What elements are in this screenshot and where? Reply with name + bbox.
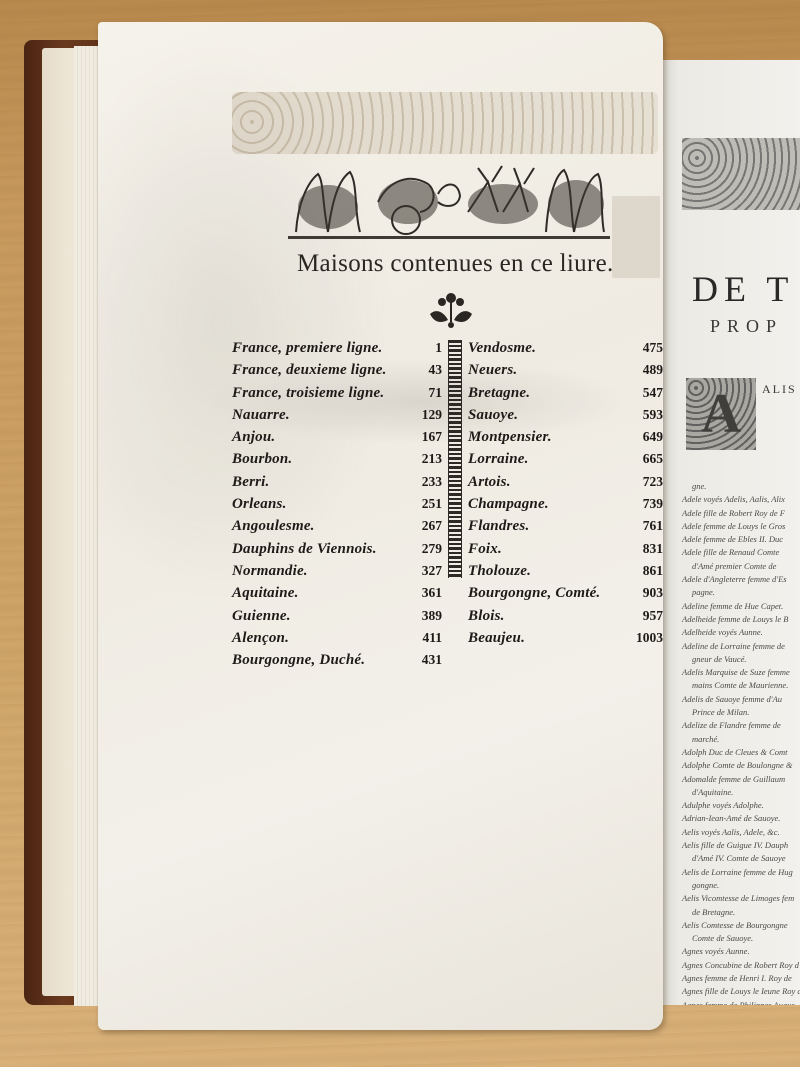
index-entry: Adelize de Flandre femme de [682, 719, 800, 732]
page-number: 431 [422, 652, 442, 668]
page-number: 489 [643, 362, 663, 378]
page-number: 957 [643, 608, 663, 624]
toc-entry: Artois.723 [468, 474, 663, 496]
page-number: 389 [422, 608, 442, 624]
toc-entry: Champagne.739 [468, 496, 663, 518]
index-entry: gneur de Vaucé. [682, 653, 800, 666]
index-entry: gne. [682, 480, 800, 493]
house-name: Berri. [232, 474, 269, 491]
toc-entry: Bretagne.547 [468, 385, 663, 407]
house-name: Flandres. [468, 518, 529, 535]
index-entry: Adele fille de Renaud Comte [682, 546, 800, 559]
right-page-subtitle: PROP [710, 316, 783, 337]
index-entry: Aelis Vicomtesse de Limoges fem [682, 892, 800, 905]
house-name: Sauoye. [468, 407, 518, 424]
house-name: France, troisieme ligne. [232, 385, 384, 402]
index-entry: d'Amé premier Comte de [682, 560, 800, 573]
index-entry: Aelis Comtesse de Bourgongne [682, 919, 800, 932]
page-number: 649 [643, 429, 663, 445]
page-number: 1003 [636, 630, 663, 646]
house-name: Bretagne. [468, 385, 530, 402]
page-number: 361 [422, 585, 442, 601]
index-list: gne.Adele voyés Adelis, Aalis, AlixAdele… [682, 480, 800, 1005]
index-entry: Adele fille de Robert Roy de F [682, 507, 800, 520]
house-name: Orleans. [232, 496, 287, 513]
index-entry: Adulphe voyés Adolphe. [682, 799, 800, 812]
toc-entry: Foix.831 [468, 541, 663, 563]
house-name: Guienne. [232, 608, 291, 625]
index-entry: Adele voyés Adelis, Aalis, Alix [682, 493, 800, 506]
toc-entry: Sauoye.593 [468, 407, 663, 429]
page-number: 475 [643, 340, 663, 356]
index-entry: Aelis fille de Guigue IV. Dauph [682, 839, 800, 852]
index-entry: Adele femme de Ebles II. Duc [682, 533, 800, 546]
first-line: ALIS [762, 382, 797, 397]
toc-entry: Normandie.327 [232, 563, 442, 585]
page-number: 547 [643, 385, 663, 401]
toc-entry: Bourgongne, Comté.903 [468, 585, 663, 607]
index-entry: Agnes Concubine de Robert Roy d [682, 959, 800, 972]
index-entry: Agnes voyés Aunne. [682, 945, 800, 958]
house-name: Montpensier. [468, 429, 552, 446]
toc-entry: Vendosme.475 [468, 340, 663, 362]
toc-entry: Bourgongne, Duché.431 [232, 652, 442, 674]
chain-border-divider [448, 340, 462, 578]
page-number: 71 [429, 385, 443, 401]
fleuron-icon [426, 290, 476, 330]
index-entry: Adomalde femme de Guillaum [682, 773, 800, 786]
toc-entry: Tholouze.861 [468, 563, 663, 585]
toc-entry: Nauarre.129 [232, 407, 442, 429]
house-name: Foix. [468, 541, 502, 558]
toc-entry: Anjou.167 [232, 429, 442, 451]
toc-entry: Alençon.411 [232, 630, 442, 652]
page-number: 43 [429, 362, 443, 378]
toc-entry: Bourbon.213 [232, 451, 442, 473]
house-name: Champagne. [468, 496, 549, 513]
headpiece-ornament [682, 138, 800, 210]
house-name: France, premiere ligne. [232, 340, 382, 357]
index-entry: marché. [682, 733, 800, 746]
page-number: 279 [422, 541, 442, 557]
index-entry: Adele d'Angleterre femme d'Es [682, 573, 800, 586]
toc-entry: Aquitaine.361 [232, 585, 442, 607]
house-name: Anjou. [232, 429, 275, 446]
page-number: 831 [643, 541, 663, 557]
index-entry: Aelis de Lorraine femme de Hug [682, 866, 800, 879]
index-entry: Aelis voyés Aalis, Adele, &c. [682, 826, 800, 839]
index-entry: Agnes femme de Philippes Augus [682, 999, 800, 1005]
house-name: Beaujeu. [468, 630, 525, 647]
decorated-initial: A [686, 378, 756, 450]
index-entry: Adelis Marquise de Suze femme [682, 666, 800, 679]
house-name: Blois. [468, 608, 505, 625]
index-entry: Adolphe Comte de Boulongne & [682, 759, 800, 772]
toc-entry: Blois.957 [468, 608, 663, 630]
house-name: Neuers. [468, 362, 517, 379]
toc-entry: Montpensier.649 [468, 429, 663, 451]
toc-entry: France, premiere ligne.1 [232, 340, 442, 362]
page-title: Maisons contenues en ce liure. [297, 250, 617, 278]
index-entry: Adeline de Lorraine femme de [682, 640, 800, 653]
toc-entry: Dauphins de Viennois.279 [232, 541, 442, 563]
page-number: 593 [643, 407, 663, 423]
house-name: Angoulesme. [232, 518, 315, 535]
house-name: France, deuxieme ligne. [232, 362, 387, 379]
page-number: 213 [422, 451, 442, 467]
index-entry: de Bretagne. [682, 906, 800, 919]
toc-column-left: France, premiere ligne.1France, deuxieme… [232, 340, 442, 674]
house-name: Tholouze. [468, 563, 531, 580]
page-number: 251 [422, 496, 442, 512]
index-entry: mains Comte de Maurienne. [682, 679, 800, 692]
toc-entry: Lorraine.665 [468, 451, 663, 473]
initial-letter: A [701, 382, 741, 446]
toc-entry: Neuers.489 [468, 362, 663, 384]
index-entry: Adrian-Iean-Amé de Sauoye. [682, 812, 800, 825]
house-name: Bourgongne, Duché. [232, 652, 365, 669]
house-name: Aquitaine. [232, 585, 299, 602]
index-entry: Agnes fille de Louys le Ieune Roy de [682, 985, 800, 998]
house-name: Nauarre. [232, 407, 290, 424]
right-page-title: DE T [692, 268, 794, 310]
index-entry: Adolph Duc de Cleues & Comt [682, 746, 800, 759]
page-number: 1 [435, 340, 442, 356]
house-name: Bourgongne, Comté. [468, 585, 600, 602]
house-name: Lorraine. [468, 451, 529, 468]
page-number: 665 [643, 451, 663, 467]
page-number: 723 [643, 474, 663, 490]
show-through-ornament [232, 92, 658, 154]
page-number: 167 [422, 429, 442, 445]
toc-column-right: Vendosme.475Neuers.489Bretagne.547Sauoye… [468, 340, 663, 652]
house-name: Bourbon. [232, 451, 292, 468]
toc-entry: France, deuxieme ligne.43 [232, 362, 442, 384]
index-entry: Adelis de Sauoye femme d'Au [682, 693, 800, 706]
toc-entry: Flandres.761 [468, 518, 663, 540]
page-number: 327 [422, 563, 442, 579]
toc-entry: Beaujeu.1003 [468, 630, 663, 652]
index-entry: d'Aquitaine. [682, 786, 800, 799]
index-entry: Prince de Milan. [682, 706, 800, 719]
index-entry: Agnes femme de Henri I. Roy de [682, 972, 800, 985]
toc-entry: Berri.233 [232, 474, 442, 496]
page-number: 739 [643, 496, 663, 512]
index-entry: d'Amé IV. Comte de Sauoye [682, 852, 800, 865]
toc-entry: France, troisieme ligne.71 [232, 385, 442, 407]
index-entry: Comte de Sauoye. [682, 932, 800, 945]
index-entry: pagne. [682, 586, 800, 599]
page-number: 129 [422, 407, 442, 423]
right-page: DE T PROP A ALIS gne.Adele voyés Adelis,… [662, 60, 800, 1005]
index-entry: Adelheide femme de Louys le B [682, 613, 800, 626]
house-name: Dauphins de Viennois. [232, 541, 377, 558]
page-number: 267 [422, 518, 442, 534]
house-name: Vendosme. [468, 340, 536, 357]
index-entry: Adeline femme de Hue Capet. [682, 600, 800, 613]
house-name: Normandie. [232, 563, 308, 580]
index-entry: gongne. [682, 879, 800, 892]
toc-entry: Guienne.389 [232, 608, 442, 630]
page-number: 761 [643, 518, 663, 534]
page-number: 861 [643, 563, 663, 579]
toc-entry: Angoulesme.267 [232, 518, 442, 540]
page-number: 233 [422, 474, 442, 490]
page-number: 411 [422, 630, 442, 646]
house-name: Artois. [468, 474, 511, 491]
house-name: Alençon. [232, 630, 289, 647]
index-entry: Adele femme de Louys le Gros [682, 520, 800, 533]
index-entry: Adelheide voyés Aunne. [682, 626, 800, 639]
page-number: 903 [643, 585, 663, 601]
toc-entry: Orleans.251 [232, 496, 442, 518]
